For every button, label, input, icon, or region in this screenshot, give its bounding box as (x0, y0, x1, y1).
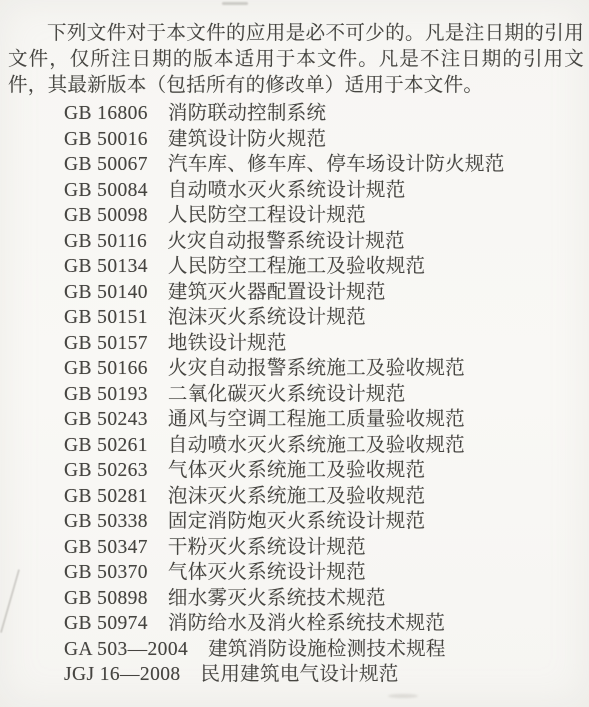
reference-row: JGJ 16—2008民用建筑电气设计规范 (64, 662, 589, 688)
reference-row: GB 50098人民防空工程设计规范 (64, 203, 589, 229)
reference-title: 地铁设计规范 (168, 333, 287, 354)
reference-row: GB 50116火灾自动报警系统设计规范 (64, 229, 589, 255)
reference-row: GB 50157地铁设计规范 (64, 331, 589, 357)
reference-title: 建筑消防设施检测技术规程 (208, 639, 446, 660)
reference-title: 火灾自动报警系统设计规范 (167, 231, 405, 252)
reference-title: 建筑设计防火规范 (168, 129, 326, 150)
reference-code: GB 50134 (64, 254, 148, 280)
reference-title: 气体灭火系统施工及验收规范 (168, 460, 425, 481)
reference-title: 消防联动控制系统 (168, 103, 326, 124)
intro-paragraph: 下列文件对于本文件的应用是必不可少的。凡是注日期的引用文件，仅所注日期的版本适用… (0, 0, 589, 99)
reference-title: 细水雾灭火系统技术规范 (168, 588, 386, 609)
reference-row: GB 50140建筑灭火器配置设计规范 (64, 280, 589, 306)
reference-code: GB 50261 (64, 433, 148, 459)
reference-code: GB 50166 (64, 356, 148, 382)
scan-artifact-smudge (388, 694, 418, 698)
reference-code: GB 50157 (64, 331, 148, 357)
reference-code: GB 50370 (64, 560, 148, 586)
reference-row: GB 50084自动喷水灭火系统设计规范 (64, 178, 589, 204)
scanned-document-page: 下列文件对于本文件的应用是必不可少的。凡是注日期的引用文件，仅所注日期的版本适用… (0, 0, 589, 707)
reference-row: GB 50016建筑设计防火规范 (64, 127, 589, 153)
reference-row: GB 50898细水雾灭火系统技术规范 (64, 586, 589, 612)
reference-code: GB 50193 (64, 382, 148, 408)
reference-row: GB 50151泡沫灭火系统设计规范 (64, 305, 589, 331)
reference-row: GB 50261自动喷水灭火系统施工及验收规范 (64, 433, 589, 459)
reference-title: 汽车库、修车库、停车场设计防火规范 (168, 154, 505, 175)
reference-code: GB 50281 (64, 484, 148, 510)
reference-title: 二氧化碳灭火系统设计规范 (168, 384, 406, 405)
reference-row: GB 50166火灾自动报警系统施工及验收规范 (64, 356, 589, 382)
reference-row: GB 16806消防联动控制系统 (64, 101, 589, 127)
reference-row: GB 50134人民防空工程施工及验收规范 (64, 254, 589, 280)
reference-title: 建筑灭火器配置设计规范 (168, 282, 386, 303)
reference-title: 自动喷水灭火系统施工及验收规范 (168, 435, 465, 456)
reference-code: GB 50116 (64, 229, 147, 255)
reference-code: GB 50151 (64, 305, 148, 331)
reference-title: 泡沫灭火系统施工及验收规范 (168, 486, 425, 507)
reference-title: 自动喷水灭火系统设计规范 (168, 180, 406, 201)
references-list: GB 16806消防联动控制系统 GB 50016建筑设计防火规范 GB 500… (64, 101, 589, 688)
reference-code: GB 50243 (64, 407, 148, 433)
scan-artifact-scratch (0, 569, 20, 633)
reference-code: JGJ 16—2008 (64, 662, 181, 688)
reference-row: GB 50974消防给水及消火栓系统技术规范 (64, 611, 589, 637)
reference-title: 泡沫灭火系统设计规范 (168, 307, 366, 328)
reference-title: 人民防空工程施工及验收规范 (168, 256, 425, 277)
reference-title: 消防给水及消火栓系统技术规范 (168, 613, 445, 634)
reference-code: GB 50263 (64, 458, 148, 484)
reference-title: 火灾自动报警系统施工及验收规范 (168, 358, 465, 379)
scan-artifact-dots (222, 2, 248, 5)
reference-row: GB 50370气体灭火系统设计规范 (64, 560, 589, 586)
reference-row: GB 50193二氧化碳灭火系统设计规范 (64, 382, 589, 408)
reference-code: GB 50347 (64, 535, 148, 561)
reference-title: 固定消防炮灭火系统设计规范 (168, 511, 425, 532)
reference-code: GB 50974 (64, 611, 148, 637)
reference-row: GB 50338固定消防炮灭火系统设计规范 (64, 509, 589, 535)
reference-row: GB 50263气体灭火系统施工及验收规范 (64, 458, 589, 484)
reference-code: GB 50898 (64, 586, 148, 612)
reference-row: GB 50347干粉灭火系统设计规范 (64, 535, 589, 561)
reference-code: GA 503—2004 (64, 637, 188, 663)
reference-title: 人民防空工程设计规范 (168, 205, 366, 226)
reference-title: 民用建筑电气设计规范 (201, 664, 399, 685)
reference-code: GB 50067 (64, 152, 148, 178)
reference-title: 干粉灭火系统设计规范 (168, 537, 366, 558)
reference-code: GB 50098 (64, 203, 148, 229)
reference-code: GB 50016 (64, 127, 148, 153)
reference-code: GB 50084 (64, 178, 148, 204)
reference-code: GB 50338 (64, 509, 148, 535)
reference-code: GB 16806 (64, 101, 148, 127)
reference-title: 气体灭火系统设计规范 (168, 562, 366, 583)
reference-row: GA 503—2004建筑消防设施检测技术规程 (64, 637, 589, 663)
reference-code: GB 50140 (64, 280, 148, 306)
reference-row: GB 50067汽车库、修车库、停车场设计防火规范 (64, 152, 589, 178)
reference-row: GB 50281泡沫灭火系统施工及验收规范 (64, 484, 589, 510)
reference-title: 通风与空调工程施工质量验收规范 (168, 409, 465, 430)
reference-row: GB 50243通风与空调工程施工质量验收规范 (64, 407, 589, 433)
